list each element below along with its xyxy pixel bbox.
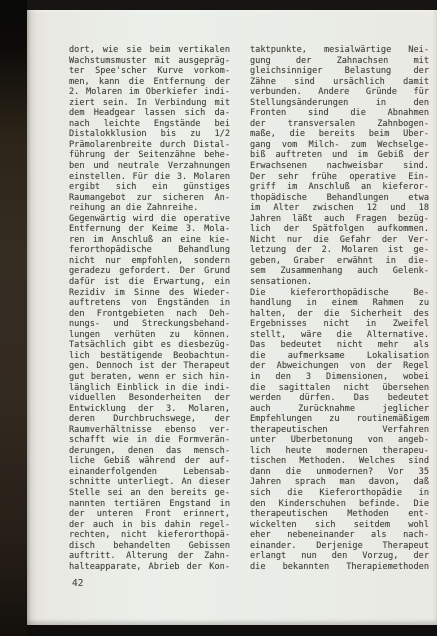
text-line: lich der Spätfolgen aufkommen. <box>250 224 429 235</box>
text-line: ziert sein. In Verbindung mit <box>69 98 230 109</box>
text-line: sem Zusammenhang auch Gelenk- <box>250 266 429 277</box>
page-number: 42 <box>72 578 83 589</box>
text-line: einstellen. Für die 3. Molaren <box>69 172 230 183</box>
text-line: liche Gebiß während der auf- <box>69 456 230 467</box>
text-line: erlangt nun den Vorzug, der <box>250 551 429 562</box>
text-line: ferorthopädische Behandlung <box>69 245 230 256</box>
text-line: handlung in einem Rahmen zu <box>250 298 429 309</box>
text-line: Gegenwärtig wird die operative <box>69 214 230 225</box>
text-line: Entwicklung der 3. Molaren, <box>69 404 230 415</box>
text-line: die sagittalen nicht übersehen <box>250 383 429 394</box>
text-line: länglich Einblick in die indi- <box>69 383 230 394</box>
text-line: Nicht nur die Gefahr der Ver- <box>250 235 429 246</box>
text-line: Stellungsänderungen in den <box>250 98 429 109</box>
text-line: halteapparate, Abrieb der Kon- <box>69 562 230 573</box>
text-line: die bekannten Therapiemethoden <box>250 562 429 573</box>
text-line: geradezu gefordert. Der Grund <box>69 266 230 277</box>
text-line: tischen Methoden. Welches sind <box>250 456 429 467</box>
text-line: Fronten sind die Abnahmen <box>250 108 429 119</box>
text-line: therapeutischen Verfahren <box>250 425 429 436</box>
text-line: im Alter zwischen 12 und 18 <box>250 203 429 214</box>
text-line: einanderfolgenden Lebensab- <box>69 467 230 478</box>
text-line: Raumangebot zur sicheren An- <box>69 193 230 204</box>
scanned-book-page-photo: dort, wie sie beim vertikalenWachstumsmu… <box>0 0 437 636</box>
text-line: lich bestätigende Beobachtun- <box>69 351 230 362</box>
text-line: geben, Graber erwähnt in die- <box>250 256 429 267</box>
book-page: dort, wie sie beim vertikalenWachstumsmu… <box>27 10 437 625</box>
text-line: die aufmerksame Lokalisation <box>250 351 429 362</box>
text-line: Die kieferorthopädische Be- <box>250 288 429 299</box>
text-line: Das bedeutet nicht mehr als <box>250 340 429 351</box>
text-line: rechten, nicht kieferorthopä- <box>69 530 230 541</box>
text-line: Prämolarenbreite durch Distal- <box>69 140 230 151</box>
text-line: viduellen Besonderheiten der <box>69 393 230 404</box>
text-line: nungs- und Streckungsbehand- <box>69 319 230 330</box>
text-line: Distalokklusion bis zu 1/2 <box>69 129 230 140</box>
text-line: therapeutischen Methoden ent- <box>250 509 429 520</box>
text-line: Rezidiv im Sinne des Wieder- <box>69 288 230 299</box>
text-line: Tatsächlich gibt es diesbezüg- <box>69 340 230 351</box>
text-line: ter Spee'scher Kurve vorkom- <box>69 66 230 77</box>
text-line: dafür ist die Erwartung, ein <box>69 277 230 288</box>
text-line: auftritt. Alterung der Zahn- <box>69 551 230 562</box>
text-line: einander. Derjenige Therapeut <box>250 541 429 552</box>
text-line: gut beraten, wenn er sich hin- <box>69 372 230 383</box>
book-spine-shadow <box>0 0 27 636</box>
text-line: Ergebnisses nicht in Zweifel <box>250 319 429 330</box>
text-line: Stelle sei an den bereits ge- <box>69 488 230 499</box>
text-line: griff im Anschluß an kieferor- <box>250 182 429 193</box>
text-line: auftretens von Engständen in <box>69 298 230 309</box>
text-line: ren im Anschluß an eine kie- <box>69 235 230 246</box>
text-line: führung der Seitenzähne behe- <box>69 150 230 161</box>
text-line: derungen, denen das mensch- <box>69 446 230 457</box>
text-line: stellt, wäre die Alternative. <box>250 330 429 341</box>
text-line: deren Durchbruchswege, der <box>69 414 230 425</box>
text-line: Jahren sprach man davon, daß <box>250 477 429 488</box>
text-line: men, kann die Entfernung der <box>69 77 230 88</box>
text-line: nicht nur empfohlen, sondern <box>69 256 230 267</box>
text-line: Empfehlungen zu routinemäßigem <box>250 414 429 425</box>
text-line: Zähne sind ursächlich damit <box>250 77 429 88</box>
text-line: thopädische Behandlungen etwa <box>250 193 429 204</box>
text-line: gen. Dennoch ist der Therapeut <box>69 361 230 372</box>
text-line: biß auftreten und im Gebiß der <box>250 150 429 161</box>
text-line: gung der Zahnachsen mit <box>250 56 429 67</box>
text-line: den Frontgebieten nach Deh- <box>69 309 230 320</box>
text-line: eher nebeneinander als nach- <box>250 530 429 541</box>
text-line: 2. Molaren im Oberkiefer indi- <box>69 87 230 98</box>
text-line: den Kinderschuhen befinde. Die <box>250 499 429 510</box>
text-line: dem Headgear lassen sich da- <box>69 108 230 119</box>
text-line: Raumverhältnisse ebenso ver- <box>69 425 230 436</box>
text-line: der auch in bis dahin regel- <box>69 520 230 531</box>
text-line: der transversalen Zahnbogen- <box>250 119 429 130</box>
text-line: in den 3 Dimensionen, wobei <box>250 372 429 383</box>
text-line: der unteren Front erinnert, <box>69 509 230 520</box>
text-column-left: dort, wie sie beim vertikalenWachstumsmu… <box>69 45 230 572</box>
text-line: schafft wie in die Formverän- <box>69 435 230 446</box>
text-line: ben und neutrale Verzahnungen <box>69 161 230 172</box>
text-line: Entfernung der Keime 3. Mola- <box>69 224 230 235</box>
text-line: letzung der 2. Molaren ist ge- <box>250 245 429 256</box>
text-line: lungen verhüten zu können. <box>69 330 230 341</box>
text-line: lich heute modernen therapeu- <box>250 446 429 457</box>
text-column-right: taktpunkte, mesialwärtige Nei-gung der Z… <box>250 45 429 572</box>
text-line: werden dürfen. Das bedeutet <box>250 393 429 404</box>
text-line: taktpunkte, mesialwärtige Nei- <box>250 45 429 56</box>
text-line: dort, wie sie beim vertikalen <box>69 45 230 56</box>
text-line: sensationen. <box>250 277 429 288</box>
text-line: gang vom Milch- zum Wechselge- <box>250 140 429 151</box>
text-line: gleichsinniger Belastung der <box>250 66 429 77</box>
text-line: Jahren läßt auch Fragen bezüg- <box>250 214 429 225</box>
text-line: halten, der die Sicherheit des <box>250 309 429 320</box>
text-line: Der sehr frühe operative Ein- <box>250 172 429 183</box>
text-line: auch Zurücknahme jeglicher <box>250 404 429 415</box>
text-line: dann die unmodernen? Vor 35 <box>250 467 429 478</box>
text-line: unter Überbetonung von angeb- <box>250 435 429 446</box>
text-line: disch behandelten Gebissen <box>69 541 230 552</box>
text-line: nannten tertiären Engstand in <box>69 499 230 510</box>
text-line: Wachstumsmuster mit ausgepräg- <box>69 56 230 67</box>
text-line: nach leichte Engstände bei <box>69 119 230 130</box>
text-line: Erwachsenen nachweisbar sind. <box>250 161 429 172</box>
text-line: schnitte unterliegt. An dieser <box>69 477 230 488</box>
text-line: sich die Kieferorthopädie in <box>250 488 429 499</box>
text-line: wickelten sich seitdem wohl <box>250 520 429 531</box>
text-line: der Abweichungen von der Regel <box>250 361 429 372</box>
text-line: maße, die bereits beim Über- <box>250 129 429 140</box>
text-line: verbunden. Andere Gründe für <box>250 87 429 98</box>
text-line: reihung an die Zahnreihe. <box>69 203 230 214</box>
text-line: ergibt sich ein günstiges <box>69 182 230 193</box>
